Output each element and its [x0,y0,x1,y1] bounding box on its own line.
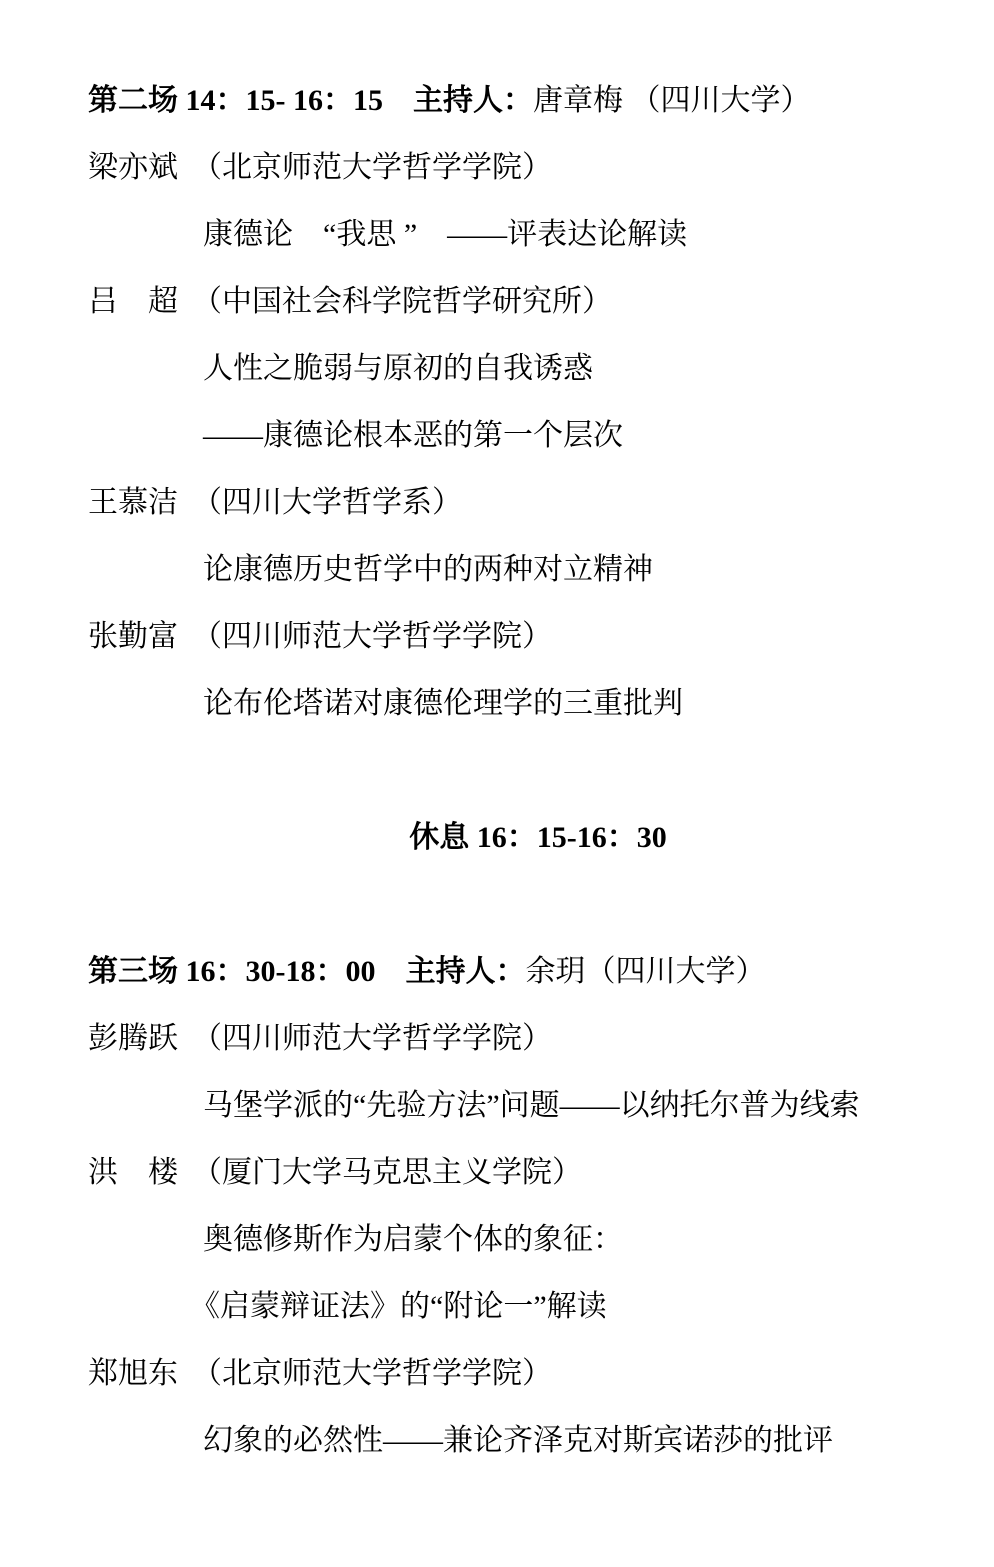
speaker-row-zhangqinfu: 张勤富（四川师范大学哲学学院） [88,603,916,670]
session-3-chair: 余玥（四川大学） [526,955,766,988]
speaker-affiliation: （四川师范大学哲学学院） [192,620,552,653]
speaker-name: 吕 超 [88,285,178,318]
talk-title: 奥德修斯作为启蒙个体的象征： [88,1206,916,1273]
talk-title: 康德论 “我思 ” ——评表达论解读 [88,201,916,268]
talk-title: 论布伦塔诺对康德伦理学的三重批判 [88,670,916,737]
talk-title: 论康德历史哲学中的两种对立精神 [88,536,916,603]
speaker-name: 彭腾跃 [88,1022,178,1055]
session-3-title-time: 第三场 16：30-18：00 主持人： [88,955,526,988]
session-3-header: 第三场 16：30-18：00 主持人：余玥（四川大学） [88,938,916,1005]
speaker-row-liangyibin: 梁亦斌（北京师范大学哲学学院） [88,134,916,201]
speaker-row-wangmujie: 王慕洁（四川大学哲学系） [88,469,916,536]
speaker-row-pengtengyue: 彭腾跃（四川师范大学哲学学院） [88,1005,916,1072]
talk-title: 幻象的必然性——兼论齐泽克对斯宾诺莎的批评 [88,1407,916,1474]
speaker-name: 洪 楼 [88,1156,178,1189]
speaker-affiliation: （四川师范大学哲学学院） [192,1022,552,1055]
spacer [88,871,916,938]
speaker-name: 张勤富 [88,620,178,653]
speaker-affiliation: （北京师范大学哲学学院） [192,1357,552,1390]
speaker-affiliation: （北京师范大学哲学学院） [192,151,552,184]
speaker-row-lvchao: 吕 超（中国社会科学院哲学研究所） [88,268,916,335]
talk-title: 人性之脆弱与原初的自我诱惑 [88,335,916,402]
talk-title-subtitle: ——康德论根本恶的第一个层次 [88,402,916,469]
speaker-affiliation: （四川大学哲学系） [192,486,462,519]
speaker-name: 梁亦斌 [88,151,178,184]
conference-program-page: 第二场 14：15- 16：15 主持人：唐章梅 （四川大学） 梁亦斌（北京师范… [0,0,994,1474]
speaker-row-honglou: 洪 楼（厦门大学马克思主义学院） [88,1139,916,1206]
talk-title: 马堡学派的“先验方法”问题——以纳托尔普为线索 [88,1072,916,1139]
session-2-header: 第二场 14：15- 16：15 主持人：唐章梅 （四川大学） [88,67,916,134]
speaker-affiliation: （中国社会科学院哲学研究所） [192,285,612,318]
speaker-name: 王慕洁 [88,486,178,519]
session-2-title-time: 第二场 14：15- 16：15 主持人： [88,84,533,117]
break-heading: 休息 16：15-16：30 [88,804,916,871]
spacer [88,737,916,804]
speaker-affiliation: （厦门大学马克思主义学院） [192,1156,582,1189]
session-2-chair: 唐章梅 （四川大学） [533,84,811,117]
speaker-name: 郑旭东 [88,1357,178,1390]
speaker-row-zhengxudong: 郑旭东（北京师范大学哲学学院） [88,1340,916,1407]
talk-title-subtitle: 《启蒙辩证法》的“附论一”解读 [88,1273,916,1340]
